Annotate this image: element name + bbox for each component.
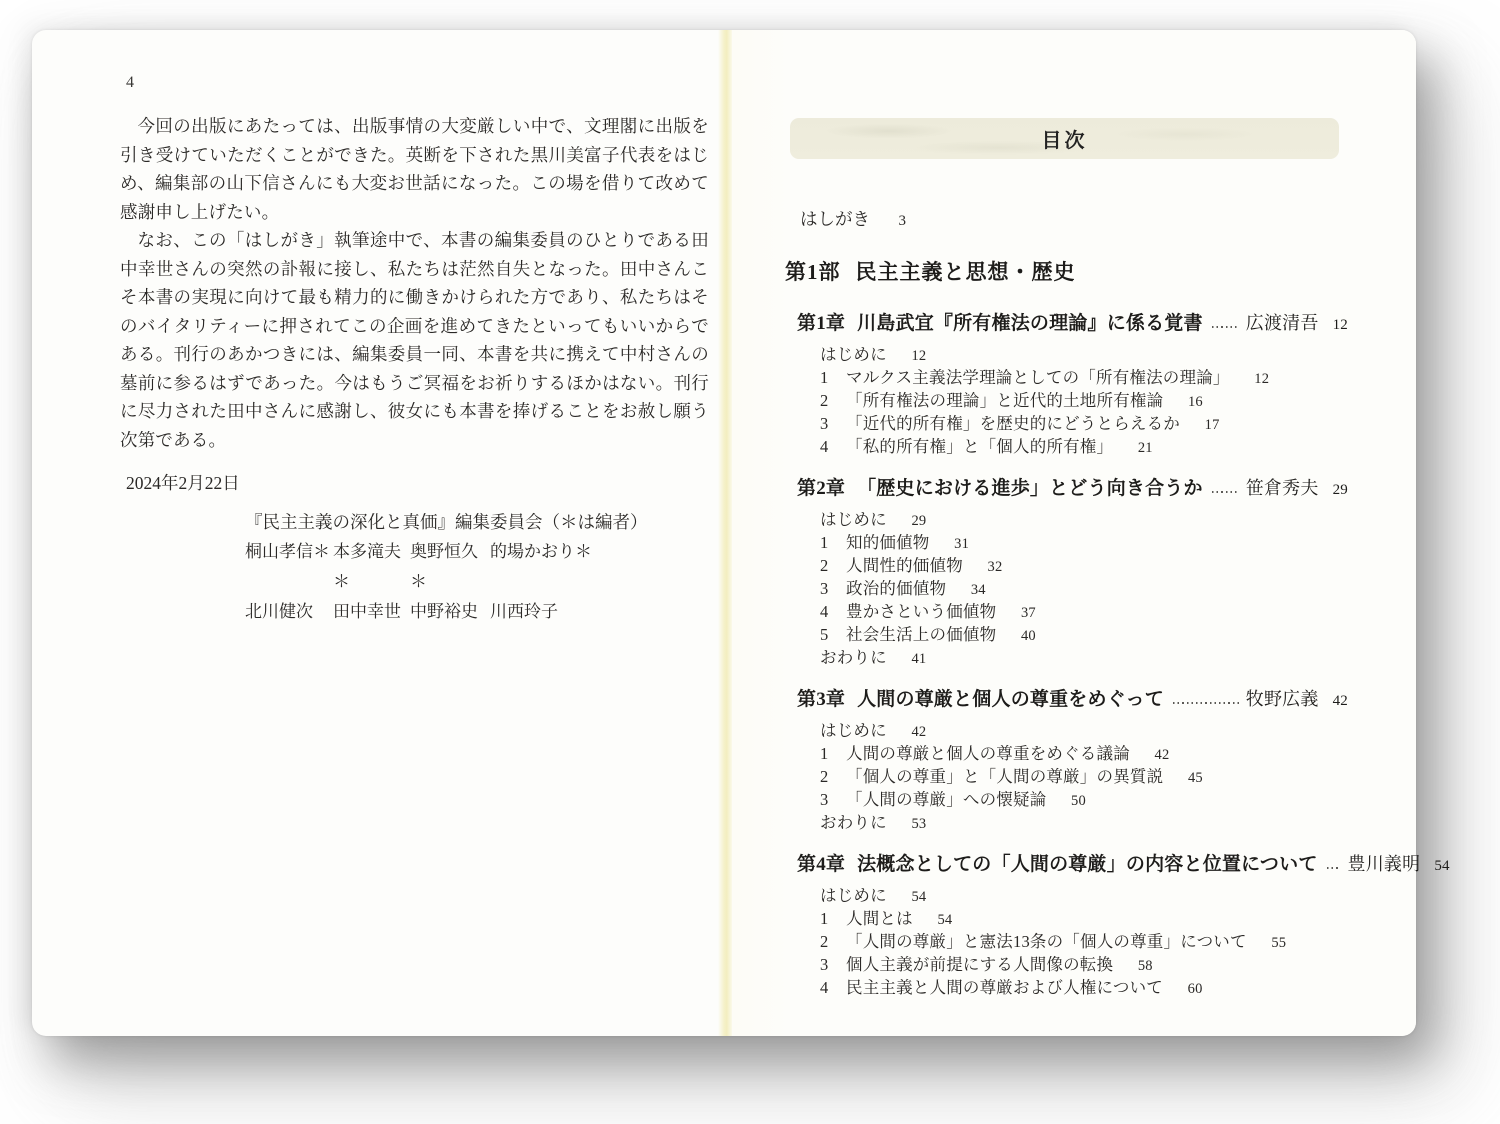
toc-item: はじめに54 <box>820 885 1348 908</box>
toc-item-page-number: 42 <box>1155 747 1170 763</box>
toc-item-number: 1 <box>820 532 846 554</box>
toc-item-list: はじめに12 1マルクス主義法学理論としての「所有権法の理論」12 2「所有権法… <box>820 344 1348 459</box>
toc-item-page-number: 16 <box>1188 394 1203 410</box>
editorial-committee-line: 『民主主義の深化と真価』編集委員会（＊は編者） <box>245 507 648 537</box>
toc-item: はじめに29 <box>820 509 1348 532</box>
toc-item-label: 「近代的所有権」を歴史的にどうとらえるか <box>846 414 1180 433</box>
page-number: 4 <box>126 74 134 92</box>
editor-name: 田中幸世 <box>333 597 410 627</box>
toc-item-label: 人間とは <box>846 909 913 928</box>
right-page-toc: 目次 はしがき3 第1部民主主義と思想・歴史 第1章 川島武宜『所有権法の理論』… <box>732 30 1416 1036</box>
toc-item: 3「近代的所有権」を歴史的にどうとらえるか17 <box>820 413 1348 436</box>
chapter-page-number: 54 <box>1434 853 1449 879</box>
toc-chapter-heading: 第2章 「歴史における進歩」とどう向き合うか 笹倉秀夫 29 <box>797 475 1348 503</box>
editor-name: 桐山孝信＊ <box>245 537 333 597</box>
toc-item: おわりに41 <box>820 647 1348 670</box>
chapter-author: 豊川義明 <box>1348 851 1421 877</box>
toc-item-label: 知的価値物 <box>846 533 930 552</box>
chapter-page-number: 42 <box>1333 688 1348 714</box>
toc-item-page-number: 41 <box>911 651 926 667</box>
toc-item-page-number: 17 <box>1205 417 1220 433</box>
toc-item-label: マルクス主義法学理論としての「所有権法の理論」 <box>846 368 1230 387</box>
toc-item-page-number: 32 <box>988 559 1003 575</box>
toc-item: 5社会生活上の価値物40 <box>820 624 1348 647</box>
toc-item-number: 5 <box>820 624 846 646</box>
toc-item: はじめに12 <box>820 344 1348 367</box>
toc-item-page-number: 12 <box>1254 371 1269 387</box>
toc-item-label: 個人主義が前提にする人間像の転換 <box>846 955 1113 974</box>
toc-item-label: 「個人の尊重」と「人間の尊厳」の異質説 <box>846 767 1163 786</box>
toc-chapter: 第2章 「歴史における進歩」とどう向き合うか 笹倉秀夫 29 はじめに29 1知… <box>797 475 1348 670</box>
toc-item-number: 3 <box>820 413 846 435</box>
toc-chapter: 第4章 法概念としての「人間の尊厳」の内容と位置について 豊川義明 54 はじめ… <box>797 851 1348 1000</box>
part-label: 第1部 <box>785 260 841 284</box>
toc-item-label: 「私的所有権」と「個人的所有権」 <box>846 437 1113 456</box>
toc-item: 2「所有権法の理論」と近代的土地所有権論16 <box>820 390 1348 413</box>
chapter-author: 笹倉秀夫 <box>1246 475 1319 501</box>
dotted-leader <box>1327 867 1341 869</box>
toc-item-label: 「所有権法の理論」と近代的土地所有権論 <box>846 391 1163 410</box>
toc-item-number: 2 <box>820 931 846 953</box>
chapter-title: 「歴史における進歩」とどう向き合うか <box>857 476 1203 502</box>
chapter-label: 第1章 <box>797 311 845 337</box>
toc-item-page-number: 54 <box>937 912 952 928</box>
toc-item: 3「人間の尊厳」への懐疑論50 <box>820 789 1348 812</box>
toc-title-band: 目次 <box>790 118 1339 159</box>
toc-item: 4豊かさという価値物37 <box>820 601 1348 624</box>
editor-name: 的場かおり＊ <box>490 537 648 597</box>
toc-item: 3政治的価値物34 <box>820 578 1348 601</box>
toc-item: おわりに53 <box>820 812 1348 835</box>
editor-name: 中野裕史 <box>410 597 490 627</box>
chapter-title: 法概念としての「人間の尊厳」の内容と位置について <box>857 852 1317 878</box>
toc-item-page-number: 58 <box>1138 958 1153 974</box>
preface-paragraph: 今回の出版にあたっては、出版事情の大変厳しい中で、文理閣に出版を引き受けていただ… <box>120 112 709 226</box>
preface-date: 2024年2月22日 <box>126 468 648 498</box>
toc-item-label: 「人間の尊厳」と憲法13条の「個人の尊重」について <box>846 932 1247 951</box>
editor-name: 北川健次 <box>245 597 333 627</box>
toc-item-number: 4 <box>820 436 846 458</box>
dotted-leader <box>1212 326 1239 328</box>
toc-item: 1人間の尊厳と個人の尊重をめぐる議論42 <box>820 743 1348 766</box>
toc-item: 4「私的所有権」と「個人的所有権」21 <box>820 436 1348 459</box>
toc-part-heading: 第1部民主主義と思想・歴史 <box>785 256 1076 286</box>
toc-item-label: 社会生活上の価値物 <box>846 625 996 644</box>
toc-item-page-number: 45 <box>1188 770 1203 786</box>
editor-name: 川西玲子 <box>490 597 648 627</box>
chapter-label: 第2章 <box>797 476 845 502</box>
toc-title: 目次 <box>1042 124 1088 153</box>
toc-item-number: 2 <box>820 390 846 412</box>
toc-item: 1知的価値物31 <box>820 532 1348 555</box>
toc-item-number: 4 <box>820 977 846 999</box>
toc-item-label: 人間性的価値物 <box>846 556 963 575</box>
toc-item-page-number: 54 <box>911 889 926 905</box>
chapter-title: 人間の尊厳と個人の尊重をめぐって <box>857 687 1164 713</box>
toc-item-page-number: 60 <box>1188 981 1203 997</box>
toc-front-item: はしがき3 <box>800 206 906 231</box>
toc-item-page-number: 40 <box>1021 628 1036 644</box>
toc-item-list: はじめに54 1人間とは54 2「人間の尊厳」と憲法13条の「個人の尊重」につい… <box>820 885 1348 1000</box>
book-spread: 4 今回の出版にあたっては、出版事情の大変厳しい中で、文理閣に出版を引き受けてい… <box>32 30 1416 1036</box>
toc-item-page-number: 42 <box>911 724 926 740</box>
toc-chapter-heading: 第4章 法概念としての「人間の尊厳」の内容と位置について 豊川義明 54 <box>797 851 1348 879</box>
part-title: 民主主義と思想・歴史 <box>856 260 1076 284</box>
chapter-title: 川島武宜『所有権法の理論』に係る覚書 <box>857 311 1203 337</box>
dotted-leader <box>1173 702 1239 704</box>
toc-chapter-heading: 第1章 川島武宜『所有権法の理論』に係る覚書 広渡清吾 12 <box>797 310 1348 338</box>
toc-item-label: おわりに <box>820 648 887 667</box>
toc-item-list: はじめに29 1知的価値物31 2人間性的価値物32 3政治的価値物34 4豊か… <box>820 509 1348 670</box>
toc-chapter-heading: 第3章 人間の尊厳と個人の尊重をめぐって 牧野広義 42 <box>797 686 1348 714</box>
toc-item: 2「人間の尊厳」と憲法13条の「個人の尊重」について55 <box>820 931 1348 954</box>
chapter-label: 第4章 <box>797 852 845 878</box>
toc-item-label: 「人間の尊厳」への懐疑論 <box>846 790 1046 809</box>
toc-item: 2人間性的価値物32 <box>820 555 1348 578</box>
toc-chapter: 第3章 人間の尊厳と個人の尊重をめぐって 牧野広義 42 はじめに42 1人間の… <box>797 686 1348 835</box>
chapter-label: 第3章 <box>797 687 845 713</box>
toc-item-page-number: 53 <box>911 816 926 832</box>
toc-item-label: はじめに <box>820 886 887 905</box>
toc-item: 1マルクス主義法学理論としての「所有権法の理論」12 <box>820 367 1348 390</box>
toc-item: 2「個人の尊重」と「人間の尊厳」の異質説45 <box>820 766 1348 789</box>
editor-name: 本多滝夫＊ <box>333 537 410 597</box>
toc-item-label: 人間の尊厳と個人の尊重をめぐる議論 <box>846 744 1130 763</box>
toc-item-page-number: 37 <box>1021 605 1036 621</box>
toc-item-number: 1 <box>820 908 846 930</box>
toc-item: はじめに42 <box>820 720 1348 743</box>
toc-item-label: 政治的価値物 <box>846 579 946 598</box>
toc-item-number: 3 <box>820 789 846 811</box>
toc-item: 1人間とは54 <box>820 908 1348 931</box>
toc-item-page-number: 55 <box>1271 935 1286 951</box>
toc-item-number: 3 <box>820 954 846 976</box>
preface-paragraph: なお、この「はしがき」執筆途中で、本書の編集委員のひとりである田中幸世さんの突然… <box>120 226 709 454</box>
toc-item-label: はじめに <box>820 345 887 364</box>
toc-item-label: はじめに <box>820 510 887 529</box>
toc-item-number: 2 <box>820 766 846 788</box>
editor-names-row: 北川健次田中幸世中野裕史川西玲子 <box>245 597 648 627</box>
toc-item-page-number: 29 <box>911 513 926 529</box>
toc-item-page-number: 12 <box>911 348 926 364</box>
chapter-page-number: 29 <box>1333 477 1348 503</box>
toc-item: 3個人主義が前提にする人間像の転換58 <box>820 954 1348 977</box>
toc-item-label: はじめに <box>820 721 887 740</box>
preface-text-block: 今回の出版にあたっては、出版事情の大変厳しい中で、文理閣に出版を引き受けていただ… <box>120 112 709 454</box>
toc-item-page-number: 21 <box>1138 440 1153 456</box>
toc-item-number: 4 <box>820 601 846 623</box>
left-page-preface: 4 今回の出版にあたっては、出版事情の大変厳しい中で、文理閣に出版を引き受けてい… <box>32 30 724 1036</box>
toc-item-label: 豊かさという価値物 <box>846 602 996 621</box>
toc-item-number: 1 <box>820 743 846 765</box>
toc-item-number: 3 <box>820 578 846 600</box>
toc-item-page-number: 50 <box>1071 793 1086 809</box>
toc-chapter: 第1章 川島武宜『所有権法の理論』に係る覚書 広渡清吾 12 はじめに12 1マ… <box>797 310 1348 459</box>
toc-item-number: 2 <box>820 555 846 577</box>
toc-item-page-number: 31 <box>954 536 969 552</box>
toc-item-label: 民主主義と人間の尊厳および人権について <box>846 978 1163 997</box>
toc-front-item-label: はしがき <box>800 209 870 229</box>
editor-names-row: 桐山孝信＊本多滝夫＊奥野恒久＊的場かおり＊ <box>245 537 648 597</box>
colophon-block: 2024年2月22日 『民主主義の深化と真価』編集委員会（＊は編者） 桐山孝信＊… <box>126 468 648 627</box>
toc-chapter-list: 第1章 川島武宜『所有権法の理論』に係る覚書 広渡清吾 12 はじめに12 1マ… <box>797 310 1348 1016</box>
editor-name: 奥野恒久＊ <box>410 537 490 597</box>
toc-item-label: おわりに <box>820 813 887 832</box>
scanned-book-spread: { "left_page": { "page_number": "4", "pa… <box>0 0 1500 1124</box>
toc-item: 4民主主義と人間の尊厳および人権について60 <box>820 977 1348 1000</box>
toc-front-item-page-number: 3 <box>899 213 907 229</box>
chapter-author: 広渡清吾 <box>1246 310 1319 336</box>
toc-item-list: はじめに42 1人間の尊厳と個人の尊重をめぐる議論42 2「個人の尊重」と「人間… <box>820 720 1348 835</box>
dotted-leader <box>1212 491 1239 493</box>
chapter-author: 牧野広義 <box>1246 686 1319 712</box>
chapter-page-number: 12 <box>1333 312 1348 338</box>
toc-item-number: 1 <box>820 367 846 389</box>
toc-item-page-number: 34 <box>971 582 986 598</box>
